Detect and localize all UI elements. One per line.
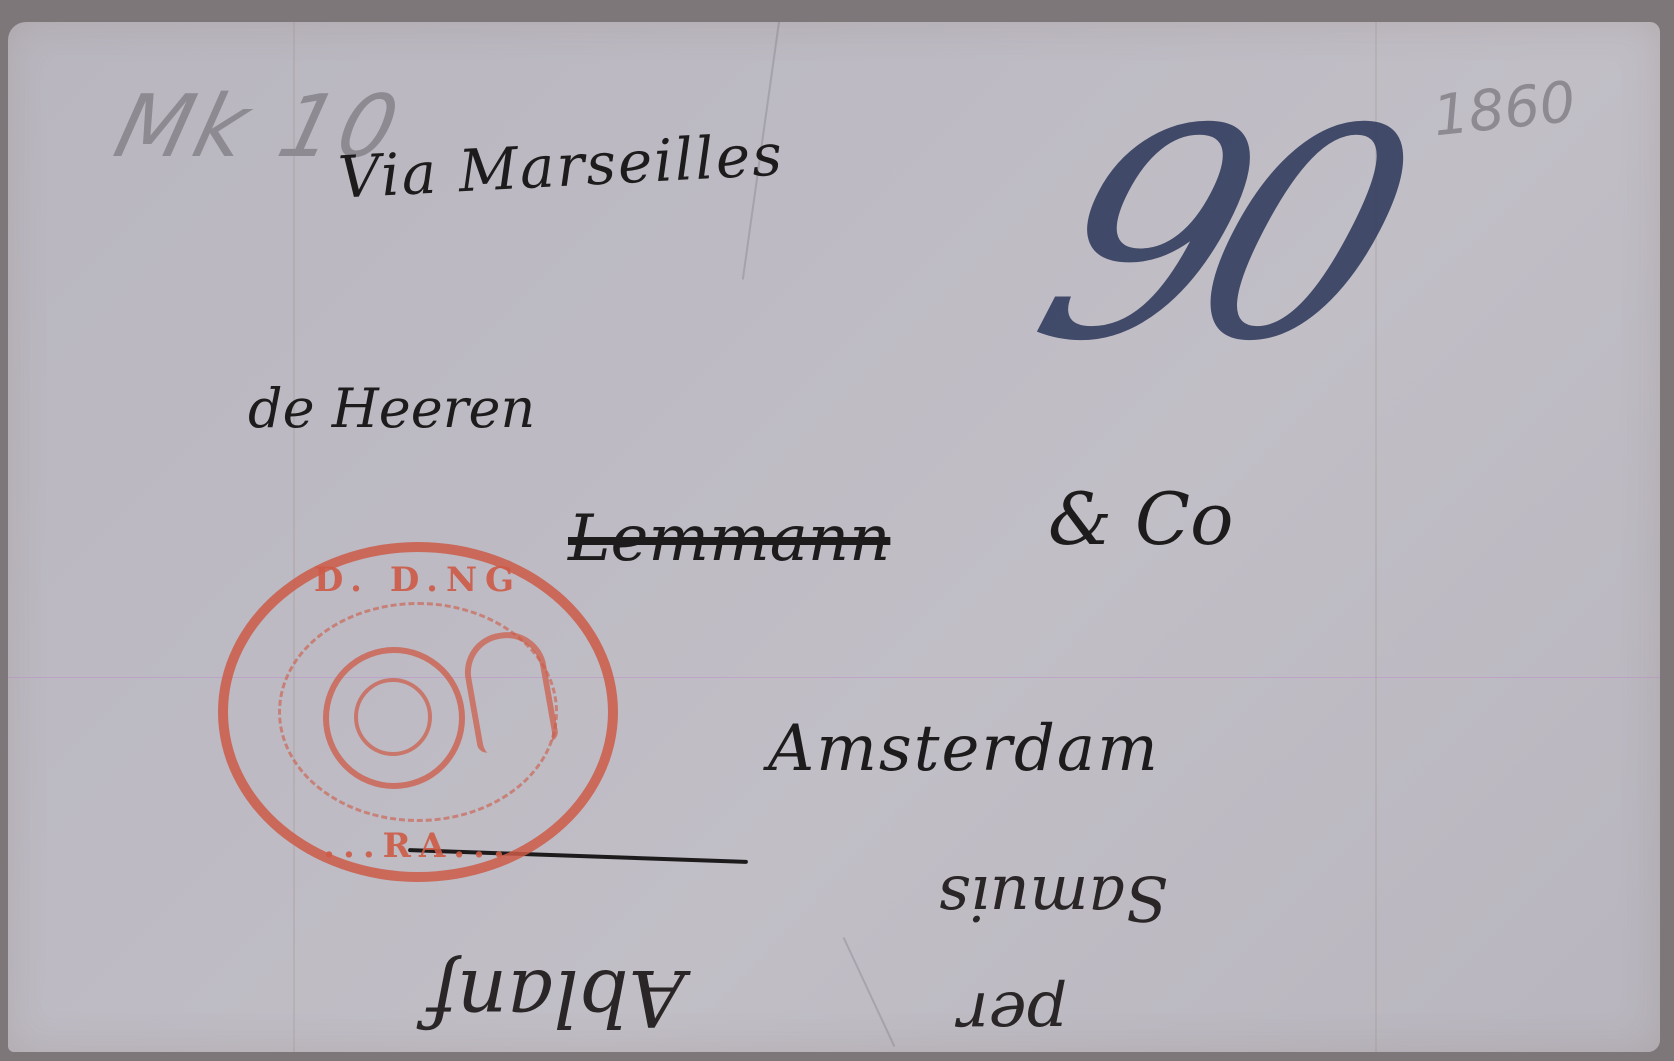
inverted-note: Samuis	[938, 862, 1168, 935]
company-suffix: & Co	[1048, 477, 1233, 561]
paper-tear	[843, 937, 896, 1047]
address-city: Amsterdam	[768, 712, 1160, 786]
postmark-cancel: D. D.NG ...RA...	[218, 542, 618, 882]
inverted-note: per	[958, 977, 1067, 1051]
inverted-note: Ablanf	[428, 952, 685, 1042]
address-salutation: de Heeren	[248, 377, 535, 440]
rate-mark: 90	[1011, 92, 1414, 382]
postmark-rim-text-bottom: ...RA...	[228, 826, 608, 866]
post-horn-icon	[323, 647, 465, 789]
postal-cover: Mk 10 1860 Via Marseilles 90 de Heeren L…	[8, 22, 1660, 1052]
addressee-name: Lemmann	[568, 502, 890, 576]
addressee-struck-name: Lemmann	[568, 502, 890, 576]
pencil-note-year: 1860	[1430, 70, 1579, 150]
route-endorsement: Via Marseilles	[337, 120, 786, 211]
postmark-rim-text-top: D. D.NG	[228, 560, 608, 600]
